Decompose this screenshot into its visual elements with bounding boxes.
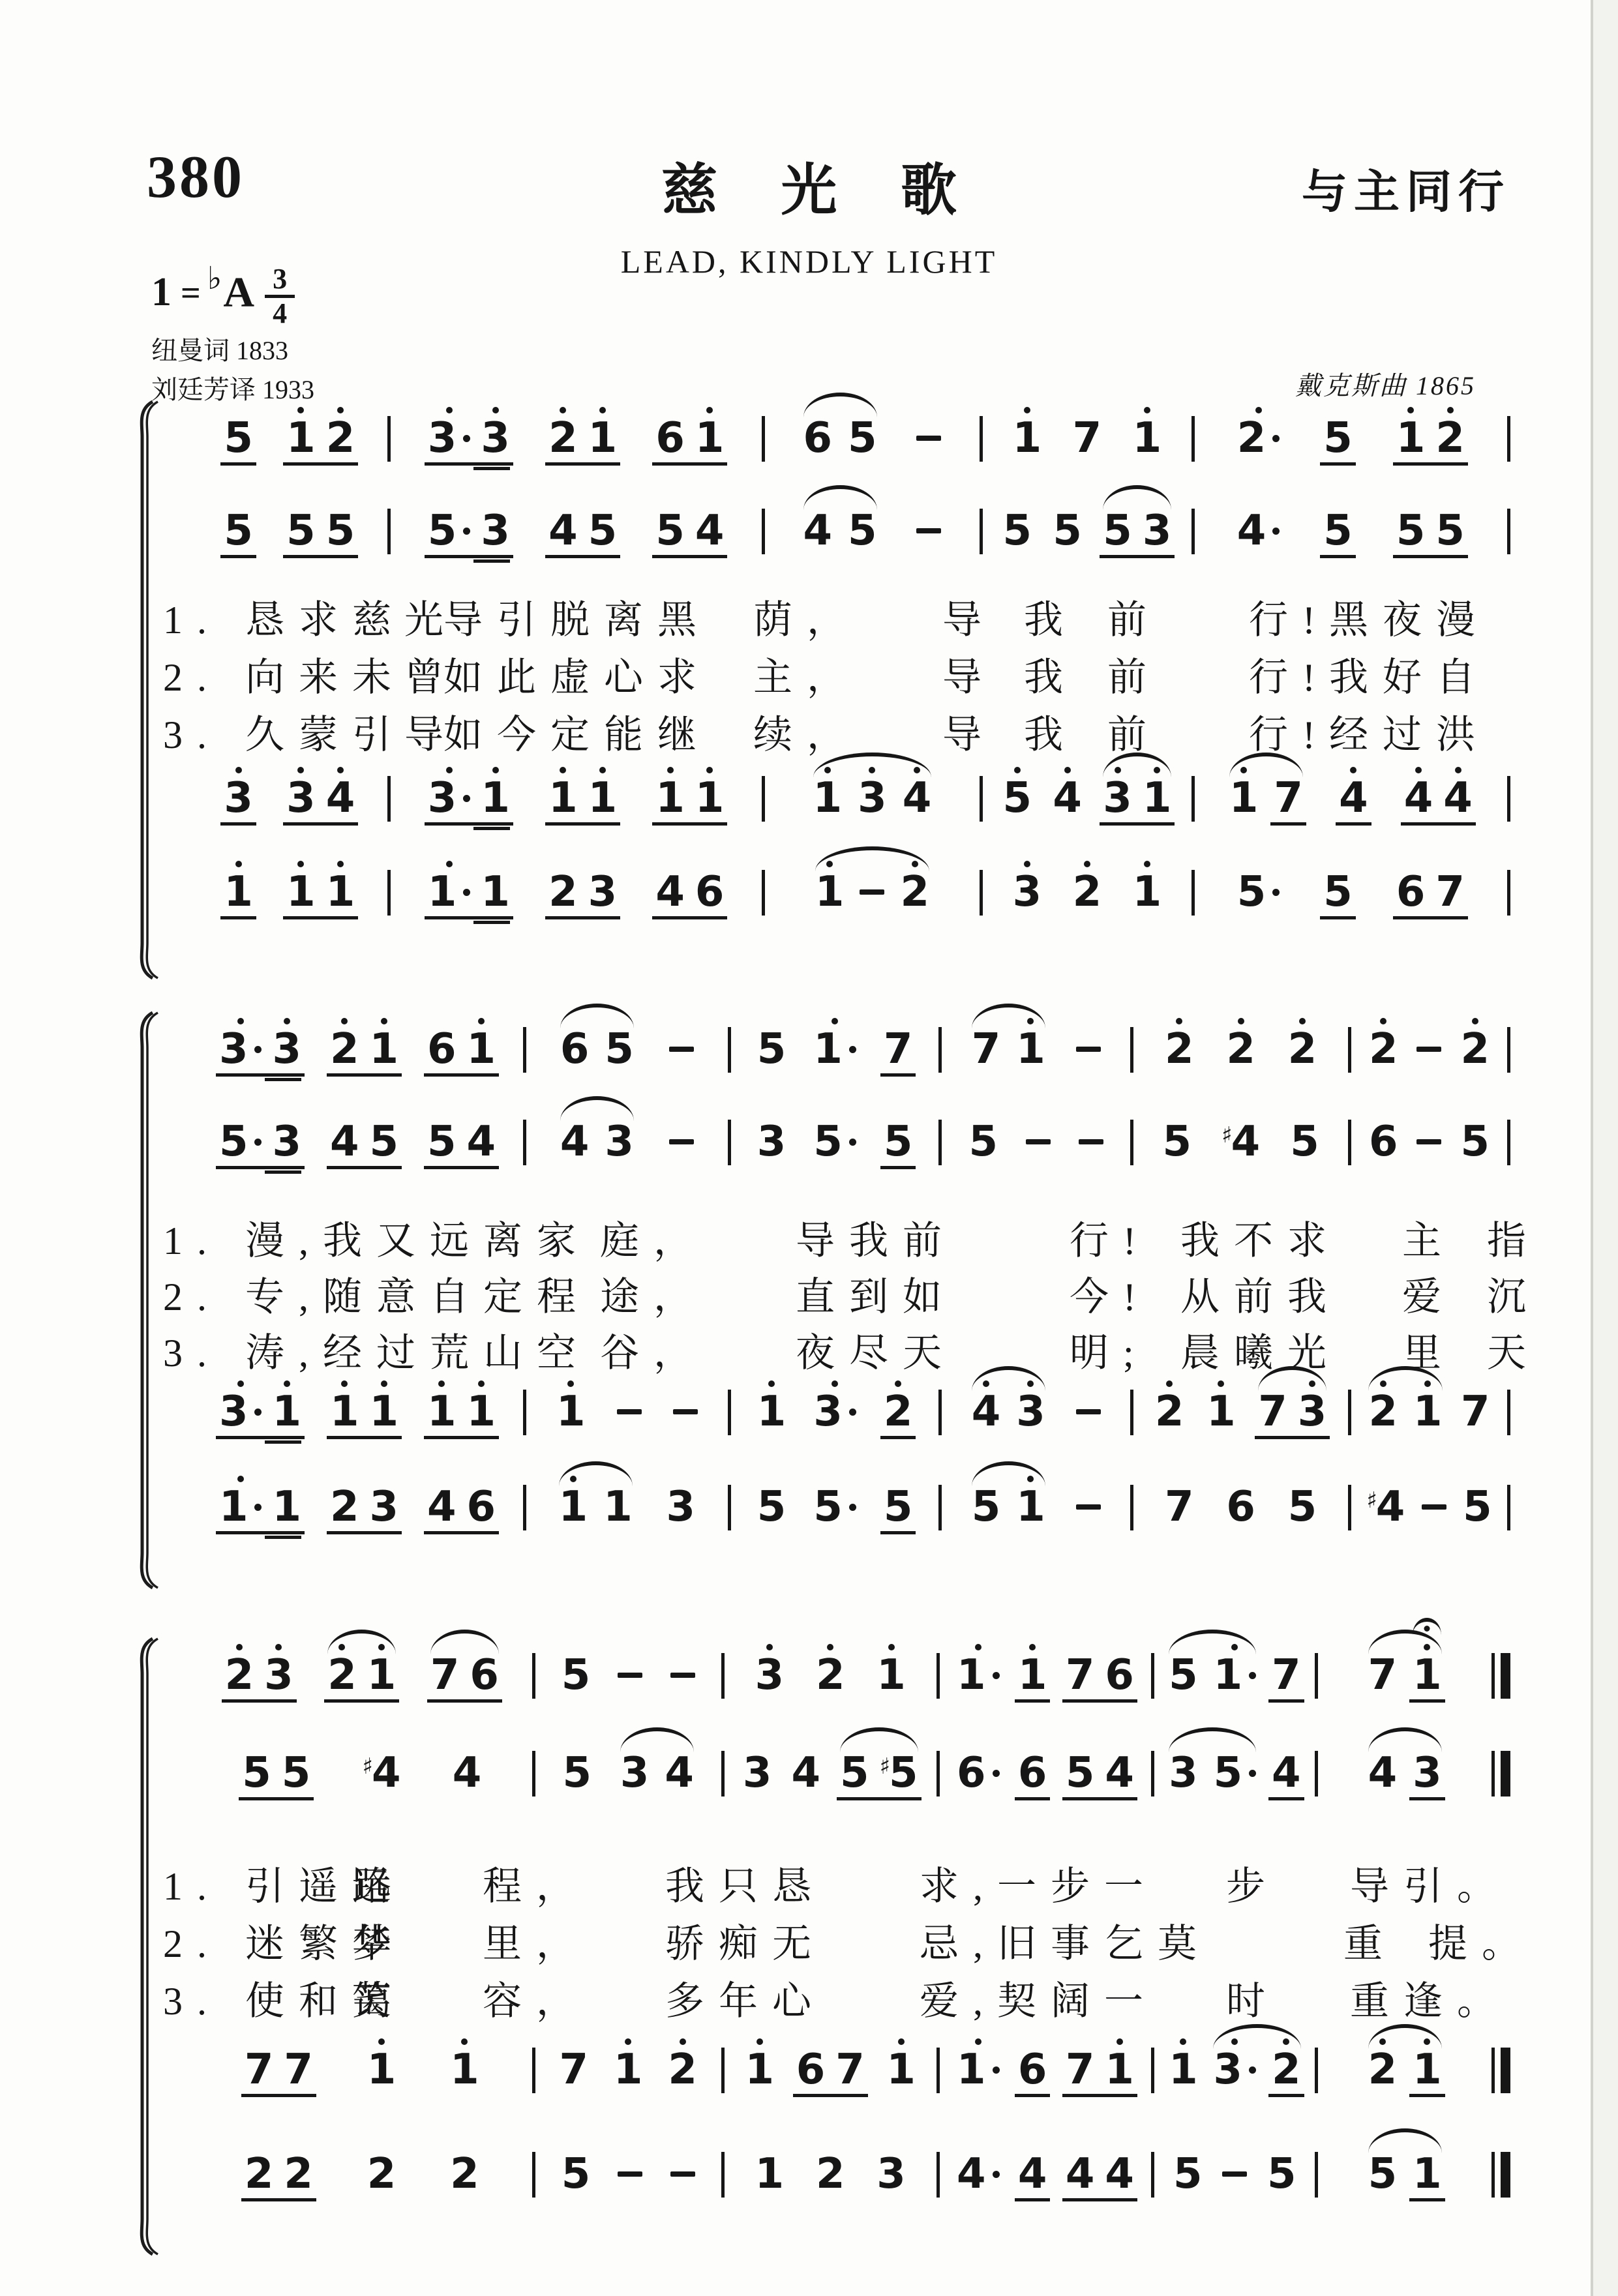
note-digits: 1 [745, 2035, 775, 2091]
dash-token [670, 1640, 695, 1696]
scale-degree: 5 [588, 511, 618, 551]
note-digits: 5 [1053, 496, 1082, 552]
slur-group: 51 [1167, 1640, 1257, 1703]
note-digits: 5♯5 [840, 1738, 918, 1794]
note: 4 [560, 1107, 590, 1169]
note-sub: 2 [1237, 403, 1280, 459]
digit-row: 4 [957, 2153, 1000, 2195]
note-digits: 23 [330, 1472, 398, 1528]
underline-row [559, 1528, 588, 1534]
underline-row [1018, 2195, 1047, 2201]
note-digits: 21 [330, 1014, 398, 1070]
note-sub: 1 [1133, 857, 1162, 913]
lyric-segment: 里 [1402, 1322, 1456, 1378]
scale-degree: 1 [695, 418, 725, 458]
note-sub: 1 [695, 403, 725, 459]
time-denominator: 4 [273, 299, 287, 328]
octave-dot [492, 767, 499, 773]
note-sub: 7 [1272, 1640, 1301, 1696]
note: 5 [757, 1472, 787, 1534]
octave-dot [1238, 1018, 1244, 1024]
note-digits: 4 [453, 1738, 482, 1794]
underline-row [1214, 1696, 1257, 1703]
note-sub: 4 [665, 1738, 694, 1794]
octave-dot [1255, 407, 1262, 413]
scale-degree: 2 [1368, 1392, 1398, 1432]
note: 5 [813, 1472, 856, 1534]
lyric-segment: 提。 [1428, 1913, 1535, 1969]
scale-degree: 5 [1288, 1487, 1317, 1527]
note-sub: 5 [757, 1472, 787, 1528]
note-sub: 5 [848, 496, 877, 552]
scale-degree: 4 [972, 1392, 1001, 1432]
scale-degree: 1 [876, 1655, 906, 1695]
digit-row: 6 [957, 1752, 1000, 1794]
digit-row: 6 [695, 871, 725, 913]
octave-dot [236, 1644, 243, 1650]
note-sub: 3 [1013, 857, 1042, 913]
scale-degree: 3 [481, 511, 510, 551]
note-digits: 54 [1066, 1738, 1134, 1794]
note-sub: 3 [264, 1640, 293, 1696]
digit-row: 3 [666, 1486, 695, 1528]
note: 7 [1368, 1640, 1398, 1703]
note-digits: 5 [1323, 403, 1353, 459]
note-digits: 6 [1369, 1107, 1398, 1163]
digit-row: 1 [757, 1391, 787, 1433]
scale-degree: 4 [655, 872, 685, 912]
note-digits: 5 [1162, 1107, 1191, 1163]
lyric-segment: 时 [1226, 1970, 1280, 2026]
note: 61 [655, 403, 724, 466]
note-digits: 5 [1003, 763, 1032, 819]
dash-token [860, 857, 884, 913]
note-sub: 5 [1173, 2139, 1203, 2195]
lyric-segment: 行! [1070, 1210, 1150, 1266]
scale-degree: 2 [327, 1655, 357, 1695]
scale-degree: 5 [369, 1122, 398, 1162]
underline-row [1368, 2091, 1398, 2097]
octave-dot [1472, 1018, 1478, 1024]
note: 4 [803, 496, 833, 558]
digit-row: 3 [219, 1028, 262, 1070]
note-sub: 1 [286, 403, 316, 459]
note-sub: 5 [1162, 1107, 1191, 1163]
note-digits: 5 [224, 496, 253, 552]
scale-degree: 2 [1073, 872, 1102, 912]
slur-group: 73 [1257, 1377, 1328, 1439]
digit-row: 4 [326, 777, 355, 819]
underline-row [813, 1528, 856, 1534]
note: 1 [1133, 403, 1162, 466]
note-digits: 7 [559, 2035, 588, 2091]
lyric-segment: 今! [1070, 1266, 1150, 1322]
note: 11 [330, 1377, 398, 1439]
measure: 65 [526, 1014, 728, 1077]
continuation-dash [669, 1139, 694, 1144]
eighth-underline [652, 916, 727, 919]
underline-row [884, 1528, 913, 1534]
continuation-dash [1222, 2171, 1247, 2177]
scale-degree: 1 [481, 778, 510, 818]
digit-row [670, 1654, 695, 1696]
scale-degree: 6 [1018, 1753, 1047, 1793]
digit-row: 5 [1323, 871, 1353, 913]
measure: 65 [765, 403, 980, 466]
octave-dot [827, 1644, 833, 1650]
lyric-segment: 夜尽天 [796, 1322, 956, 1378]
octave-dot [461, 2038, 468, 2045]
note-sub: 2 [548, 403, 578, 459]
scale-degree: 2 [1435, 418, 1465, 458]
eighth-underline [1320, 555, 1356, 558]
digit-row: 3 [1413, 1752, 1442, 1794]
note: 1 [1413, 2139, 1442, 2201]
underline-row [884, 1163, 913, 1169]
octave-dot [667, 767, 674, 773]
lyrics-row: 3. 涛,经过荒山空谷，夜尽天明;晨曦光里天 [163, 1322, 1513, 1378]
note: 44 [1404, 763, 1473, 826]
scale-degree: 5 [1053, 511, 1082, 551]
note-digits: 2 [816, 1640, 845, 1696]
sixteenth-underline [265, 1440, 301, 1444]
measure: 12 [765, 857, 980, 919]
digit-row: 2 [1369, 1028, 1398, 1070]
octave-dot [1024, 861, 1030, 867]
note: 2 [1155, 1377, 1184, 1439]
note-sub: 4 [548, 496, 578, 552]
note-digits: 67 [796, 2035, 865, 2091]
note-sub: 3 [272, 1014, 301, 1070]
scale-degree: 4 [1376, 1487, 1405, 1527]
note-digits: 33 [428, 403, 510, 459]
note: 5 [884, 1107, 913, 1169]
note: 2 [900, 857, 929, 919]
measure: 71 [1318, 1640, 1491, 1703]
digit-row: 4 [655, 871, 685, 913]
digit-row: 1 [369, 1028, 398, 1070]
digit-row: 1 [272, 1391, 301, 1433]
note: 2 [1165, 1014, 1194, 1077]
digit-row: 3 [743, 1752, 772, 1794]
underline-row [224, 819, 253, 826]
digit-row: 4 [1237, 510, 1280, 552]
digit-row [673, 1391, 698, 1433]
underline-row [245, 2091, 313, 2097]
note-sub: 3 [219, 1014, 262, 1070]
lyric-segment: 沉 [1487, 1266, 1540, 1322]
digit-row: 5 [757, 1486, 787, 1528]
underline-row [969, 1163, 998, 1169]
note-sub: 1 [1143, 763, 1172, 819]
note-sub: 2 [330, 1014, 359, 1070]
note: 3 [876, 2139, 906, 2201]
scale-degree: 2 [816, 1655, 845, 1695]
digit-row: 7 [1368, 1654, 1398, 1696]
note-sub: 7 [972, 1014, 1001, 1070]
note-sub: 1 [559, 1472, 588, 1528]
note-digits: 2 [1155, 1377, 1184, 1433]
note: 54 [655, 496, 724, 558]
note: 1 [886, 2035, 916, 2097]
scale-degree: 2 [1368, 2050, 1398, 2090]
underline-row [548, 819, 617, 826]
sixteenth-underline [265, 1078, 301, 1081]
eighth-underline [545, 822, 620, 826]
sharp-icon: ♯ [1366, 1487, 1377, 1513]
digit-row: 1 [1143, 777, 1172, 819]
scale-degree: 4 [1231, 1122, 1261, 1162]
scale-degree: 1 [695, 778, 725, 818]
digit-row: 1 [428, 871, 471, 913]
scale-degree: 1 [219, 1487, 248, 1527]
measure: 354 [1154, 1738, 1315, 1800]
underline-row [848, 552, 877, 558]
digit-row: 1 [224, 871, 253, 913]
sharp-icon: ♯ [880, 1753, 890, 1780]
digit-row: 3 [876, 2153, 906, 2195]
scale-degree: 4 [1105, 2154, 1134, 2194]
digit-row: 1 [481, 871, 510, 913]
lyrics-row: 1. 引遥远路程，我只恳求,一步一步导引。 [163, 1855, 1513, 1911]
note-digits: 44 [1404, 763, 1473, 819]
barline-stroke [1507, 509, 1510, 554]
digit-row: 4 [548, 510, 578, 552]
continuation-dash [618, 1673, 642, 1678]
dash-token [669, 1014, 694, 1070]
underline-row [848, 459, 877, 466]
note-digits: 31 [428, 763, 510, 819]
eighth-underline [1393, 916, 1468, 919]
note: 44 [1066, 2139, 1134, 2201]
scale-degree: 2 [330, 1029, 359, 1069]
note: 5 [1173, 2139, 1203, 2201]
note: 7 [1073, 403, 1102, 466]
octave-dot [297, 861, 304, 867]
underline-row [219, 1163, 301, 1169]
scale-degree: 1 [1413, 1392, 1443, 1432]
measure: 132 [1154, 2035, 1315, 2097]
scale-degree: 3 [1169, 1753, 1198, 1793]
eighth-underline [1015, 2094, 1051, 2097]
octave-dot [1455, 767, 1461, 773]
eighth-underline [1268, 1699, 1304, 1703]
measure: 232176 [192, 1640, 532, 1703]
scale-degree: 5 [813, 1122, 843, 1162]
note-sub: 2 [1155, 1377, 1184, 1433]
underline-row-2 [428, 826, 510, 831]
digit-row: 1 [957, 1654, 1000, 1696]
digit-row: 7 [884, 1028, 913, 1070]
note-digits: 71 [1066, 2035, 1134, 2091]
note: 3 [1213, 2035, 1256, 2097]
lyric-segment: 忌,旧事乞莫 [920, 1913, 1211, 1969]
note: 5 [562, 1640, 591, 1703]
scale-degree: 1 [1133, 872, 1162, 912]
underline-row-2 [428, 919, 510, 925]
note-digits: 4 [1053, 763, 1082, 819]
digit-row: 3 [858, 777, 887, 819]
note-digits: 12 [1396, 403, 1465, 459]
note-sub: 5 [1368, 2139, 1398, 2195]
scale-degree: 1 [813, 778, 843, 818]
note-digits: 11 [219, 1472, 301, 1528]
octave-dot [766, 1644, 773, 1650]
note-sub: 1 [219, 1472, 262, 1528]
lyric-segment: 导 [942, 646, 996, 702]
note-sub: 7 [430, 1640, 460, 1696]
digit-row: 1 [1206, 1391, 1236, 1433]
scale-degree: 5 [1169, 1655, 1198, 1695]
note-digits: 11 [427, 1377, 496, 1433]
note-sub: 5 [605, 1014, 634, 1070]
lyric-segment: 导 [942, 704, 996, 760]
eighth-underline [283, 916, 358, 919]
dash-token [1416, 1014, 1441, 1070]
lyric-segment: 多年心 [665, 1970, 826, 2026]
digit-row: ♯5 [880, 1752, 918, 1794]
sixteenth-underline [265, 1536, 301, 1539]
measure: 5♯45 [1133, 1107, 1348, 1169]
note-digits: 5 [1368, 2139, 1398, 2195]
underline-row [430, 1696, 499, 1703]
note-sub: 7 [1435, 857, 1465, 913]
dash-token [617, 1377, 642, 1433]
scale-degree: 4 [1339, 778, 1368, 818]
note-digits: 1 [367, 2035, 397, 2091]
scale-degree: 5 [562, 1753, 592, 1793]
eighth-underline [1015, 2198, 1051, 2201]
digit-row [1416, 1121, 1441, 1163]
note-digits: 3 [757, 1107, 787, 1163]
eighth-underline [283, 462, 358, 466]
scale-degree: 1 [466, 1029, 496, 1069]
note-digits: 5 [562, 2139, 591, 2195]
note: 6 [1018, 2035, 1047, 2097]
underline-seg [265, 1077, 301, 1082]
eighth-underline [1268, 2094, 1304, 2097]
note-digits: 54 [655, 496, 724, 552]
octave-dot [1144, 407, 1150, 413]
sixteenth-underline [473, 921, 510, 924]
measure: 334 [192, 763, 387, 826]
note: 31 [1103, 763, 1171, 826]
note: 5♯5 [840, 1738, 918, 1800]
scale-degree: 1 [1018, 1655, 1047, 1695]
octave-dot [1180, 2038, 1186, 2045]
slur-group: 43 [970, 1377, 1047, 1439]
note-digits: 11 [428, 857, 510, 913]
note-sub: 7 [1461, 1377, 1490, 1433]
underline-row [330, 1528, 398, 1534]
scale-degree: 4 [665, 1753, 694, 1793]
octave-dot [706, 407, 713, 413]
scale-degree: 3 [286, 778, 316, 818]
measure: 51 [1318, 2139, 1491, 2201]
slur-group: 65 [802, 403, 878, 466]
note: 7 [884, 1014, 913, 1077]
note-sub: 4 [791, 1738, 820, 1794]
scale-degree: 2 [225, 1655, 254, 1695]
digit-row: 3 [1103, 777, 1132, 819]
underline-seg [219, 1534, 256, 1540]
barline-stroke [1507, 776, 1510, 822]
eighth-underline [424, 1073, 499, 1077]
alto-line: 5345544335555♯4565 [192, 1107, 1510, 1175]
scale-degree: 7 [1258, 1392, 1287, 1432]
note: 3 [755, 1640, 785, 1703]
note: 11 [548, 763, 617, 826]
lyric-segment: 我不求 [1180, 1210, 1341, 1266]
note-sub: 3 [666, 1472, 695, 1528]
underline-row [330, 1070, 398, 1077]
note-digits: 1 [603, 1472, 633, 1528]
slur-group: 32 [1212, 2035, 1302, 2097]
note-digits: 1 [450, 2035, 479, 2091]
note-digits: 77 [245, 2035, 313, 2091]
note: 2 [668, 2035, 697, 2097]
scale-degree: 4 [548, 511, 578, 551]
digit-row: 5 [369, 1121, 398, 1163]
note-sub: 1 [957, 1640, 1000, 1696]
note: 55 [1396, 496, 1465, 558]
note: 5 [1003, 763, 1032, 826]
digit-row: 6 [1396, 871, 1426, 913]
scale-degree: 3 [588, 872, 618, 912]
underline-row [757, 1528, 787, 1534]
octave-dot [337, 861, 344, 867]
underline-row [655, 913, 724, 919]
note: 4 [1018, 2139, 1047, 2201]
digit-row: 5 [605, 1028, 634, 1070]
lyric-segment: 我 [1024, 646, 1077, 702]
scale-degree: 5 [813, 1487, 843, 1527]
category-header: 与主同行 [1302, 155, 1510, 221]
octave-dot [1176, 1018, 1182, 1024]
note-digits: 3 [876, 2139, 906, 2195]
digit-row: 3 [428, 417, 471, 459]
final-barline [1491, 1738, 1510, 1797]
underline-row [1463, 1528, 1492, 1534]
digit-row: 1 [272, 1486, 301, 1528]
underline-row [815, 913, 845, 919]
scale-degree: 1 [588, 418, 618, 458]
note: 31 [428, 763, 510, 831]
underline-row [1133, 913, 1162, 919]
underline-row [1073, 913, 1102, 919]
octave-dot [1154, 767, 1160, 773]
final-barline-strokes [1491, 2048, 1510, 2093]
note-digits: 2 [668, 2035, 697, 2091]
fermata-icon [1413, 1618, 1441, 1635]
note: 5 [1323, 403, 1353, 466]
octave-dot [275, 1644, 282, 1650]
key-tonic: 1 [151, 269, 172, 316]
digit-row: 4 [972, 1391, 1001, 1433]
measure: 5431 [983, 763, 1191, 826]
note-sub: 3 [369, 1472, 398, 1528]
note-digits: 61 [427, 1014, 496, 1070]
octave-dot [1027, 1476, 1034, 1482]
lyrics-row: 3. 使和蔼笑容，多年心爱,契阔一时重逢。 [163, 1970, 1513, 2026]
underline-row [1226, 1528, 1255, 1534]
digit-row: 1 [559, 1486, 588, 1528]
underline-row [884, 1433, 913, 1439]
digit-row: 3 [1169, 1752, 1198, 1794]
note-sub: 3 [1016, 1377, 1045, 1433]
scale-degree: 4 [1018, 2154, 1047, 2194]
note-sub: 2 [668, 2035, 697, 2091]
